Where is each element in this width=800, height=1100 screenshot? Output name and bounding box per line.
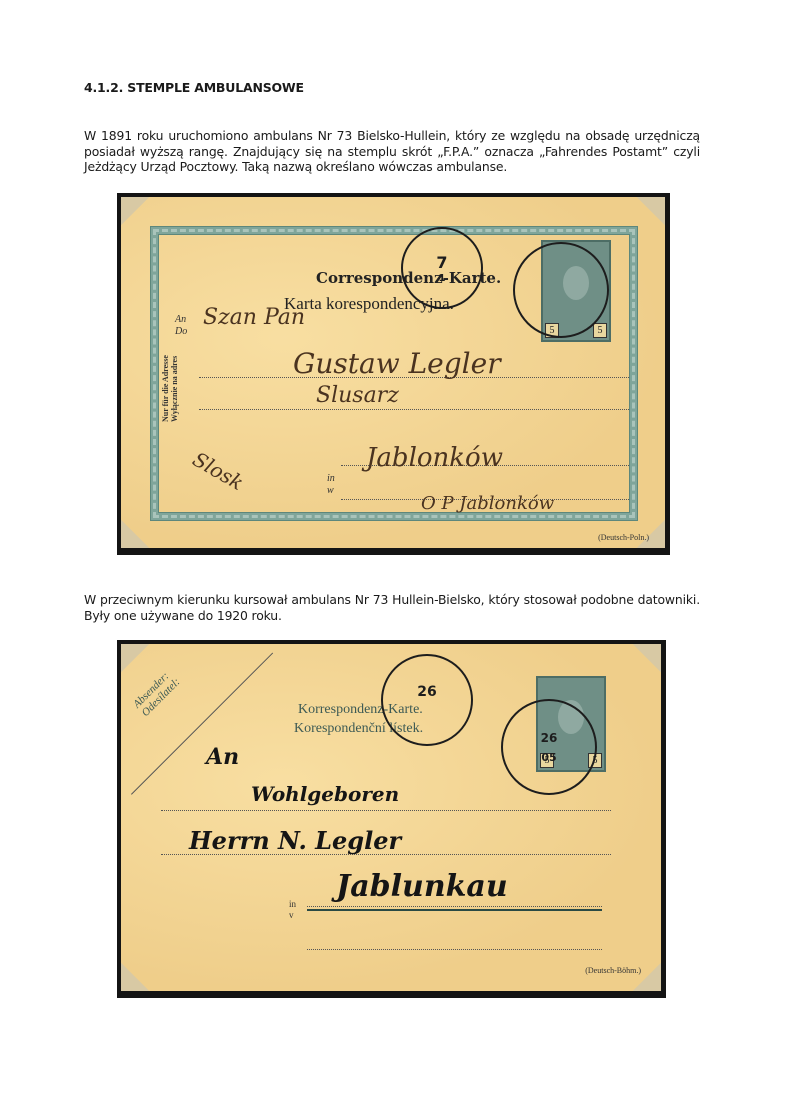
sender-label: Absender: Odesílatel:	[131, 667, 183, 719]
prefix-do: Do	[175, 326, 187, 338]
prefix-in: in	[289, 899, 296, 910]
side-note-polish: Wyłącznie na adres	[170, 355, 179, 422]
postcard-2: Absender: Odesílatel: Korrespondenz-Kart…	[121, 644, 661, 991]
address-prefix: An Do	[175, 314, 187, 338]
postmark-jablunkau: 26	[381, 654, 473, 746]
postmark-month: 1	[403, 273, 481, 284]
handwriting-town: Jablunkau	[336, 869, 508, 904]
prefix-an: An	[175, 314, 187, 326]
postmark-year: 05	[503, 751, 595, 764]
postmark-jablunkau: 7 1	[401, 227, 483, 309]
address-line	[307, 906, 602, 907]
prefix-v: v	[289, 910, 296, 921]
postmark-day: 26	[503, 731, 595, 745]
postmark-day: 26	[383, 684, 471, 700]
photo-corner	[121, 644, 149, 672]
prefix-w: w	[327, 485, 335, 497]
place-prefix: in v	[289, 899, 296, 921]
section-heading: 4.1.2. STEMPLE AMBULANSOWE	[84, 80, 304, 95]
handwriting-town: Jablonków	[366, 443, 503, 473]
postcard-1: Correspondenz-Karte. Karta korespondency…	[121, 197, 665, 548]
photo-corner	[637, 197, 665, 225]
imprint-label: (Deutsch-Poln.)	[598, 533, 649, 542]
photo-corner	[633, 644, 661, 672]
handwriting-salutation: Szan Pan	[203, 305, 305, 330]
photo-corner	[121, 963, 149, 991]
postcard-1-mount: Correspondenz-Karte. Karta korespondency…	[117, 193, 670, 555]
second-paragraph: W przeciwnym kierunku kursował ambulans …	[84, 592, 700, 623]
side-note-german: Nur für die Adresse	[161, 355, 170, 422]
stamp-value-right: 5	[593, 323, 607, 338]
place-line	[307, 909, 602, 911]
side-note: Nur für die Adresse Wyłącznie na adres	[161, 355, 179, 422]
place-prefix: in w	[327, 473, 335, 497]
photo-corner	[121, 520, 149, 548]
handwriting-name: Gustaw Legler	[293, 347, 501, 380]
address-line	[161, 810, 611, 811]
sender-divider	[131, 653, 273, 795]
handwriting-name: Herrn N. Legler	[189, 826, 401, 855]
postmark-fpa-73	[513, 242, 609, 338]
prefix-in: in	[327, 473, 335, 485]
handwriting-honorific: Wohlgeboren	[251, 782, 399, 806]
handwriting-post-office: O P Jablonków	[421, 493, 554, 514]
intro-paragraph: W 1891 roku uruchomiono ambulans Nr 73 B…	[84, 128, 700, 175]
postmark-fpa-hullein: 26 05	[501, 699, 597, 795]
address-line	[199, 409, 629, 410]
handwriting-occupation: Slusarz	[316, 383, 399, 408]
handwriting-salutation: An	[206, 744, 239, 770]
address-line	[307, 949, 602, 950]
postcard-2-mount: Absender: Odesílatel: Korrespondenz-Kart…	[117, 640, 666, 998]
imprint-label: (Deutsch-Böhm.)	[585, 966, 641, 975]
photo-corner	[121, 197, 149, 225]
postmark-day: 7	[403, 253, 481, 272]
